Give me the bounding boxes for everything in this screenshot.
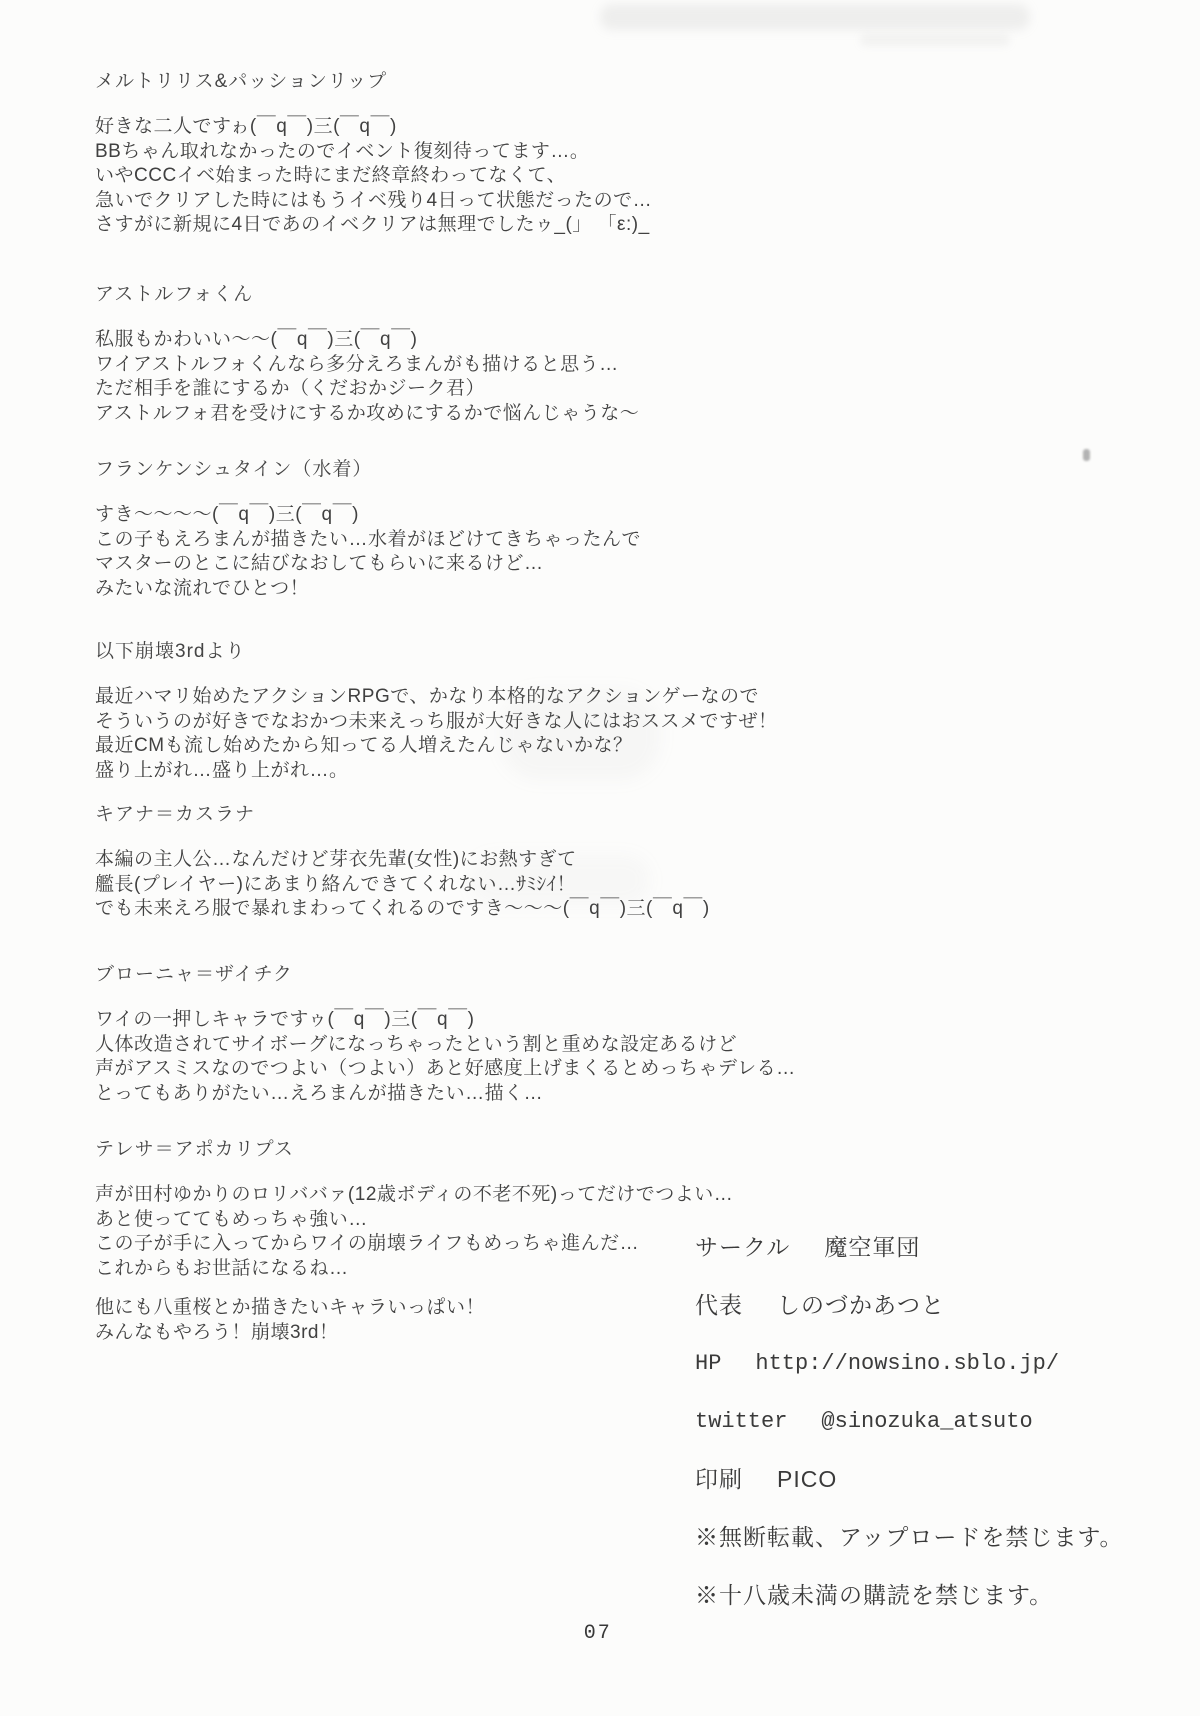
section-theresa: テレサ＝アポカリプス 声が田村ゆかりのロリババァ(12歳ボディの不老不死)ってだ… <box>95 1138 733 1281</box>
scan-smudge <box>600 4 1030 30</box>
text-line: 最近CMも流し始めたから知ってる人増えたんじゃないかな？ <box>95 734 778 759</box>
twitter-handle: @sinozuka_atsuto <box>821 1409 1032 1434</box>
scan-speck <box>1083 449 1090 461</box>
notice-no-reupload: ※無断転載、アップロードを禁じます。 <box>695 1522 1124 1553</box>
credit-circle-label: サークル <box>695 1232 790 1263</box>
section-closing: 他にも八重桜とか描きたいキャラいっぱい！ みんなもやろう！崩壊3rd！ <box>95 1296 485 1345</box>
scan-smudge <box>860 34 1010 46</box>
text-line: 本編の主人公…なんだけど芽衣先輩(女性)にお熱すぎて <box>95 848 710 873</box>
text-line: とってもありがたい…えろまんが描きたい…描く… <box>95 1082 796 1107</box>
section-meltlilith-passionlip: メルトリリス&パッションリップ 好きな二人ですゎ(￣q￣)三(￣q￣) BBちゃ… <box>95 70 652 238</box>
section-bronya: ブローニャ＝ザイチク ワイの一押しキャラですゥ(￣q￣)三(￣q￣) 人体改造さ… <box>95 963 796 1106</box>
text-line: さすがに新規に4日であのイベクリアは無理でしたゥ_(」 「ε:)_ <box>95 213 652 238</box>
text-line: ワイアストルフォくんなら多分えろまんがも描けると思う… <box>95 353 639 378</box>
text-line: いやCCCイベ始まった時にまだ終章終わってなくて、 <box>95 164 652 189</box>
section-paragraph: 最近ハマリ始めたアクションRPGで、かなり本格的なアクションゲーなので そういう… <box>95 685 778 783</box>
text-line: あと使っててもめっちゃ強い… <box>95 1208 733 1233</box>
text-line: マスターのとこに結びなおしてもらいに来るけど… <box>95 552 641 577</box>
credits-block: サークル魔空軍団 代表しのづかあつと HPhttp://nowsino.sblo… <box>695 1232 1124 1638</box>
text-line: 急いでクリアした時にはもうイベ残り4日って状態だったので… <box>95 189 652 214</box>
section-heading: 以下崩壊3rdより <box>95 640 778 664</box>
section-houkai3rd-intro: 以下崩壊3rdより 最近ハマリ始めたアクションRPGで、かなり本格的なアクション… <box>95 640 778 783</box>
text-line: 最近ハマリ始めたアクションRPGで、かなり本格的なアクションゲーなので <box>95 685 778 710</box>
credit-rep-value: しのづかあつと <box>777 1292 945 1318</box>
notice-adults-only: ※十八歳未満の購読を禁じます。 <box>695 1580 1124 1611</box>
credit-twitter: twitter@sinozuka_atsuto <box>695 1406 1124 1437</box>
page-number: 07 <box>584 1622 612 1645</box>
section-paragraph: すき～～～～(￣q￣)三(￣q￣) この子もえろまんが描きたい…水着がほどけてき… <box>95 503 641 601</box>
scanned-afterword-page: メルトリリス&パッションリップ 好きな二人ですゎ(￣q￣)三(￣q￣) BBちゃ… <box>0 0 1200 1716</box>
section-kiana: キアナ＝カスラナ 本編の主人公…なんだけど芽衣先輩(女性)にお熱すぎて 艦長(プ… <box>95 803 710 922</box>
section-heading: テレサ＝アポカリプス <box>95 1138 733 1162</box>
text-line: ワイの一押しキャラですゥ(￣q￣)三(￣q￣) <box>95 1008 796 1033</box>
text-line: 人体改造されてサイボーグになっちゃったという割と重めな設定あるけど <box>95 1033 796 1058</box>
text-line: この子もえろまんが描きたい…水着がほどけてきちゃったんで <box>95 528 641 553</box>
credit-circle-value: 魔空軍団 <box>824 1234 920 1260</box>
credit-print-value: PICO <box>777 1466 837 1492</box>
credit-representative: 代表しのづかあつと <box>695 1290 1124 1321</box>
homepage-url: http://nowsino.sblo.jp/ <box>755 1351 1059 1376</box>
text-line: ただ相手を誰にするか（くだおかジーク君） <box>95 377 639 402</box>
text-line: みたいな流れでひとつ！ <box>95 577 641 602</box>
text-line: 好きな二人ですゎ(￣q￣)三(￣q￣) <box>95 115 652 140</box>
text-line: みんなもやろう！崩壊3rd！ <box>95 1321 485 1346</box>
section-heading: フランケンシュタイン（水着） <box>95 458 641 482</box>
credit-printer: 印刷PICO <box>695 1464 1124 1495</box>
credit-homepage: HPhttp://nowsino.sblo.jp/ <box>695 1348 1124 1379</box>
credit-hp-label: HP <box>695 1348 721 1379</box>
text-line: すき～～～～(￣q￣)三(￣q￣) <box>95 503 641 528</box>
section-paragraph: 他にも八重桜とか描きたいキャラいっぱい！ みんなもやろう！崩壊3rd！ <box>95 1296 485 1345</box>
section-astolfo: アストルフォくん 私服もかわいい～～(￣q￣)三(￣q￣) ワイアストルフォくん… <box>95 283 639 426</box>
section-paragraph: 本編の主人公…なんだけど芽衣先輩(女性)にお熱すぎて 艦長(プレイヤー)にあまり… <box>95 848 710 922</box>
section-paragraph: 好きな二人ですゎ(￣q￣)三(￣q￣) BBちゃん取れなかったのでイベント復刻待… <box>95 115 652 238</box>
section-heading: キアナ＝カスラナ <box>95 803 710 827</box>
section-heading: ブローニャ＝ザイチク <box>95 963 796 987</box>
text-line: 声が田村ゆかりのロリババァ(12歳ボディの不老不死)ってだけでつよい… <box>95 1183 733 1208</box>
section-paragraph: ワイの一押しキャラですゥ(￣q￣)三(￣q￣) 人体改造されてサイボーグになっち… <box>95 1008 796 1106</box>
text-line: 声がアスミスなのでつよい（つよい）あと好感度上げまくるとめっちゃデレる… <box>95 1057 796 1082</box>
section-heading: アストルフォくん <box>95 283 639 307</box>
text-line: これからもお世話になるね… <box>95 1257 733 1282</box>
section-frankenstein: フランケンシュタイン（水着） すき～～～～(￣q￣)三(￣q￣) この子もえろま… <box>95 458 641 601</box>
section-paragraph: 私服もかわいい～～(￣q￣)三(￣q￣) ワイアストルフォくんなら多分えろまんが… <box>95 328 639 426</box>
section-paragraph: 声が田村ゆかりのロリババァ(12歳ボディの不老不死)ってだけでつよい… あと使っ… <box>95 1183 733 1281</box>
credit-rep-label: 代表 <box>695 1290 743 1321</box>
credit-twitter-label: twitter <box>695 1406 787 1437</box>
section-heading: メルトリリス&パッションリップ <box>95 70 652 94</box>
text-line: この子が手に入ってからワイの崩壊ライフもめっちゃ進んだ… <box>95 1232 733 1257</box>
credit-print-label: 印刷 <box>695 1464 743 1495</box>
text-line: でも未来えろ服で暴れまわってくれるのですき～～～(￣q￣)三(￣q￣) <box>95 897 710 922</box>
text-line: 他にも八重桜とか描きたいキャラいっぱい！ <box>95 1296 485 1321</box>
credit-circle: サークル魔空軍団 <box>695 1232 1124 1263</box>
text-line: BBちゃん取れなかったのでイベント復刻待ってます…。 <box>95 140 652 165</box>
text-line: 艦長(プレイヤー)にあまり絡んできてくれない…ｻﾐｼｲ！ <box>95 873 710 898</box>
text-line: 私服もかわいい～～(￣q￣)三(￣q￣) <box>95 328 639 353</box>
text-line: 盛り上がれ…盛り上がれ…。 <box>95 759 778 784</box>
text-line: アストルフォ君を受けにするか攻めにするかで悩んじゃうな～ <box>95 402 639 427</box>
text-line: そういうのが好きでなおかつ未来えっち服が大好きな人にはおススメですぜ！ <box>95 710 778 735</box>
